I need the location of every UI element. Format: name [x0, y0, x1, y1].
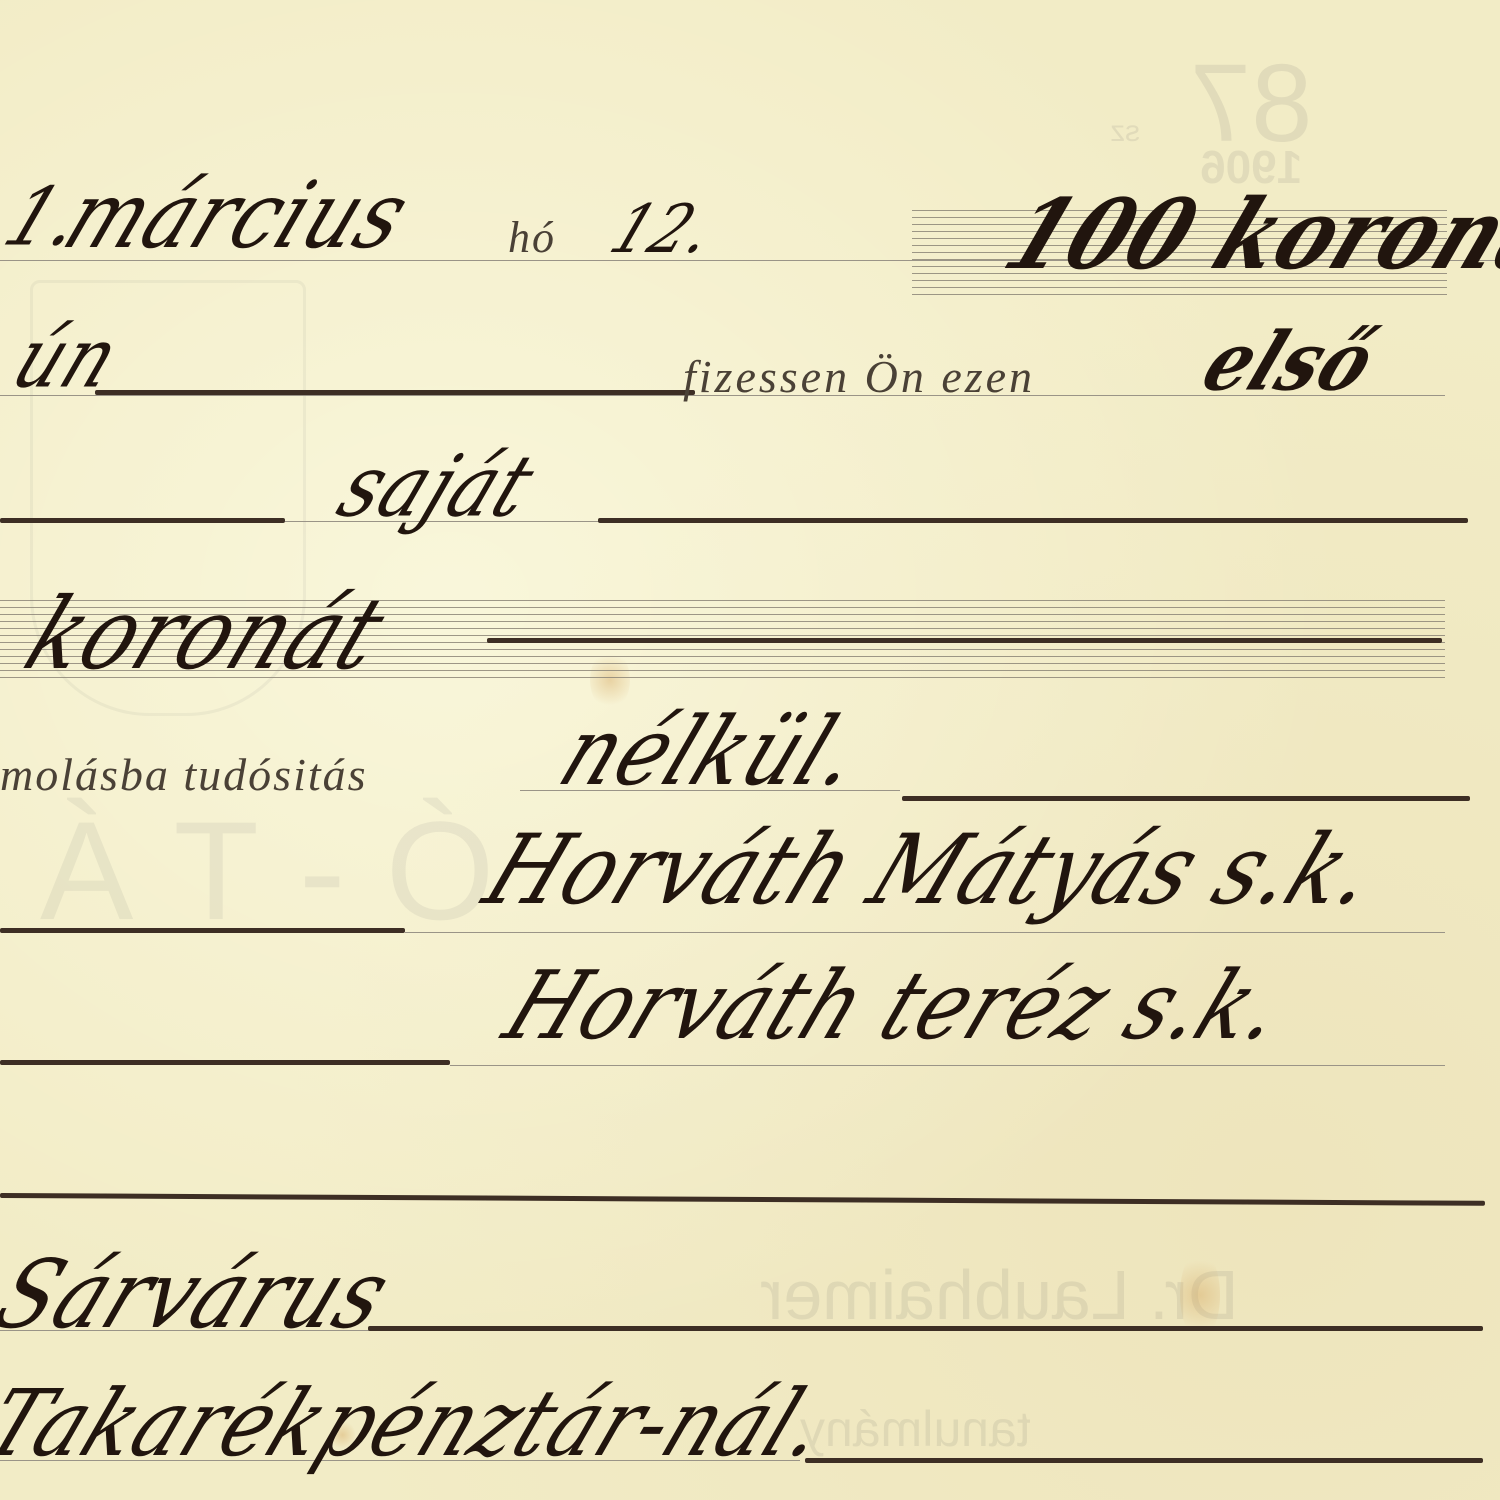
hand-place: Sárvárus	[0, 1241, 406, 1350]
ink-dash-line	[0, 518, 285, 523]
signature1-baseline	[405, 932, 1445, 933]
printed-ho-label: hó	[508, 212, 556, 263]
hand-month: március	[50, 162, 425, 269]
hand-crowns: koronát	[10, 577, 401, 692]
ink-dash-line	[805, 1458, 1483, 1463]
ink-dash-line	[95, 390, 695, 395]
ink-dash-line	[0, 1060, 450, 1065]
printed-notice-text: molásba tudósitás	[0, 748, 368, 801]
printed-pay-text: fizessen Ön ezen	[683, 350, 1035, 403]
bleed-through-lower-text: tanulmány	[800, 1400, 1031, 1458]
signature-horvath-terez: Horváth teréz s.k.	[490, 952, 1302, 1061]
hand-amount: 100 korona	[990, 177, 1500, 291]
ink-dash-line	[368, 1326, 1483, 1331]
hand-bank: Takarékpénztár-nál.	[0, 1370, 845, 1477]
ink-dash-line	[902, 796, 1470, 801]
hand-without: nélkül.	[545, 698, 878, 807]
ink-dash-line	[487, 638, 1442, 643]
signature-horvath-matyas: Horváth Mátyás s.k.	[470, 813, 1395, 926]
signature2-baseline	[450, 1065, 1445, 1066]
ink-dash-line	[0, 1193, 1485, 1206]
bleed-through-stamp-label: sz	[1110, 115, 1140, 149]
ink-dash-line	[598, 518, 1468, 523]
hand-day: 12.	[600, 190, 727, 268]
ink-dash-line	[0, 928, 405, 933]
bleed-through-name: Dr. Laubhaimer	[760, 1255, 1239, 1335]
